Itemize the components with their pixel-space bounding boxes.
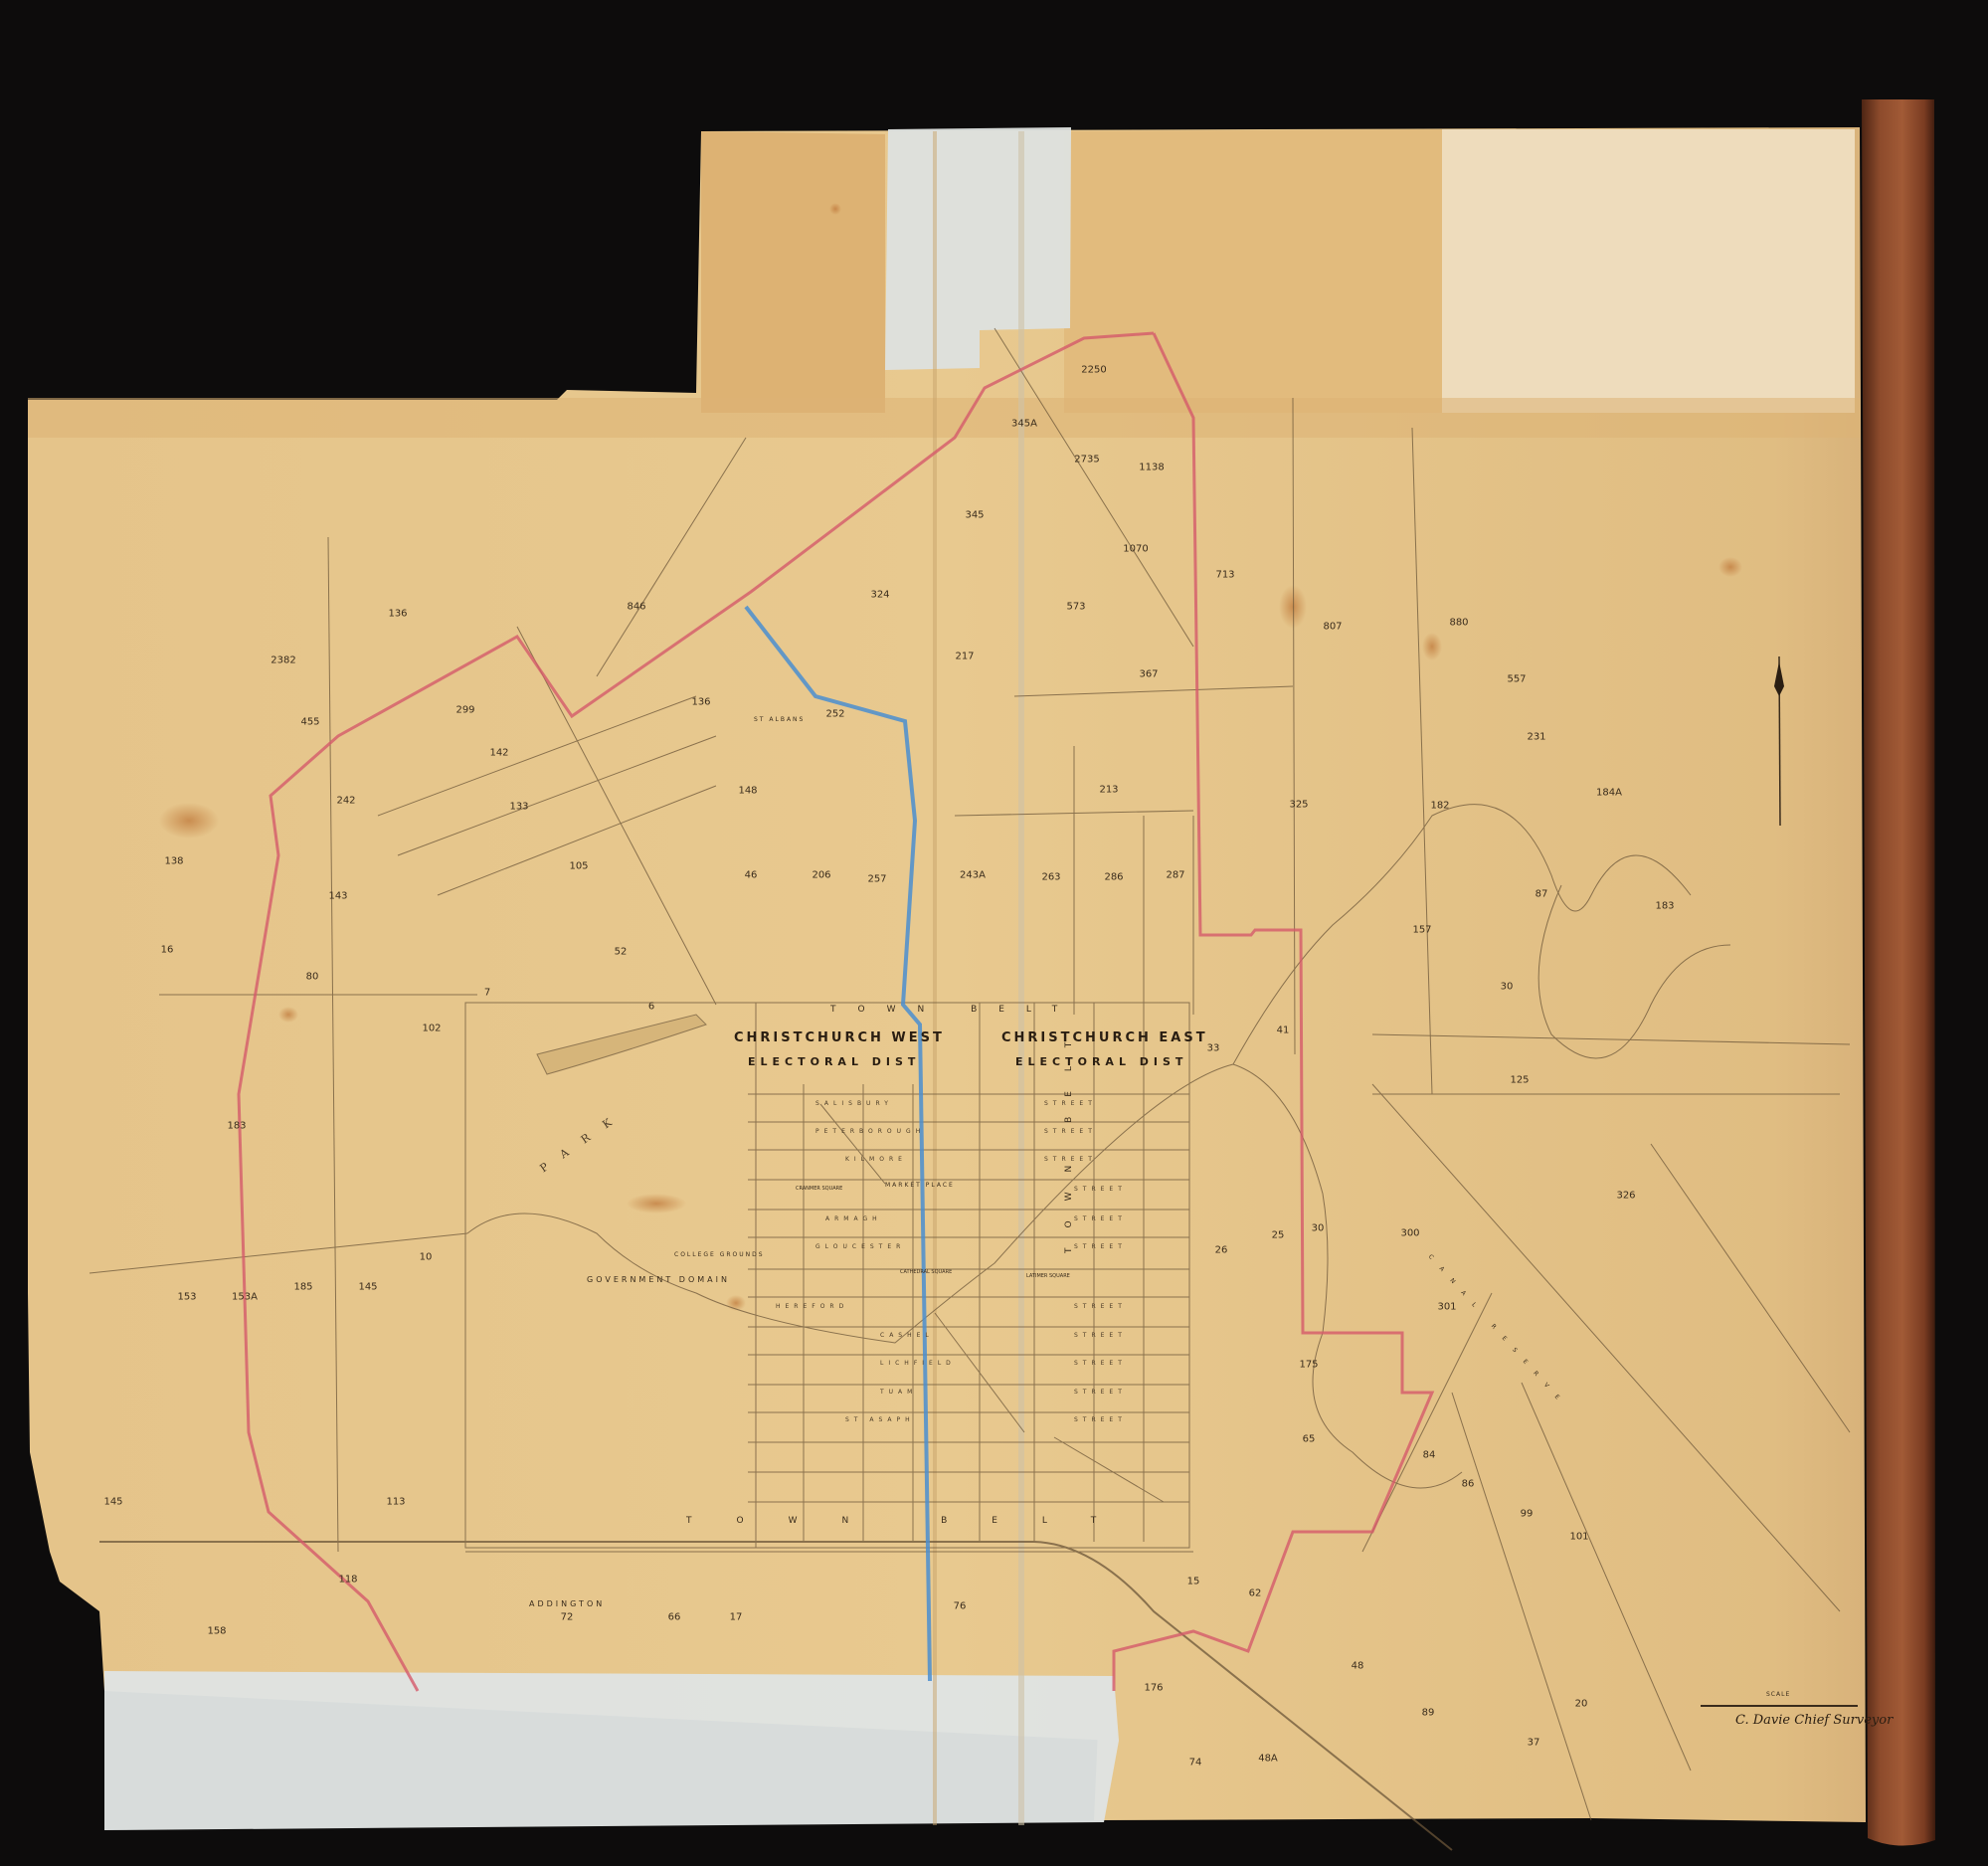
horizontal-fold-band (28, 398, 1860, 438)
upper-paper-right (1064, 129, 1442, 413)
tape-bottom (104, 1671, 1119, 1830)
map-canvas (0, 0, 1988, 1866)
wooden-roller (1862, 99, 1935, 1846)
map-photograph: CHRISTCHURCH WEST ELECTORAL DIST CHRISTC… (0, 0, 1988, 1866)
upper-paper-piece (701, 131, 885, 413)
upper-pale-patch (1442, 129, 1855, 413)
